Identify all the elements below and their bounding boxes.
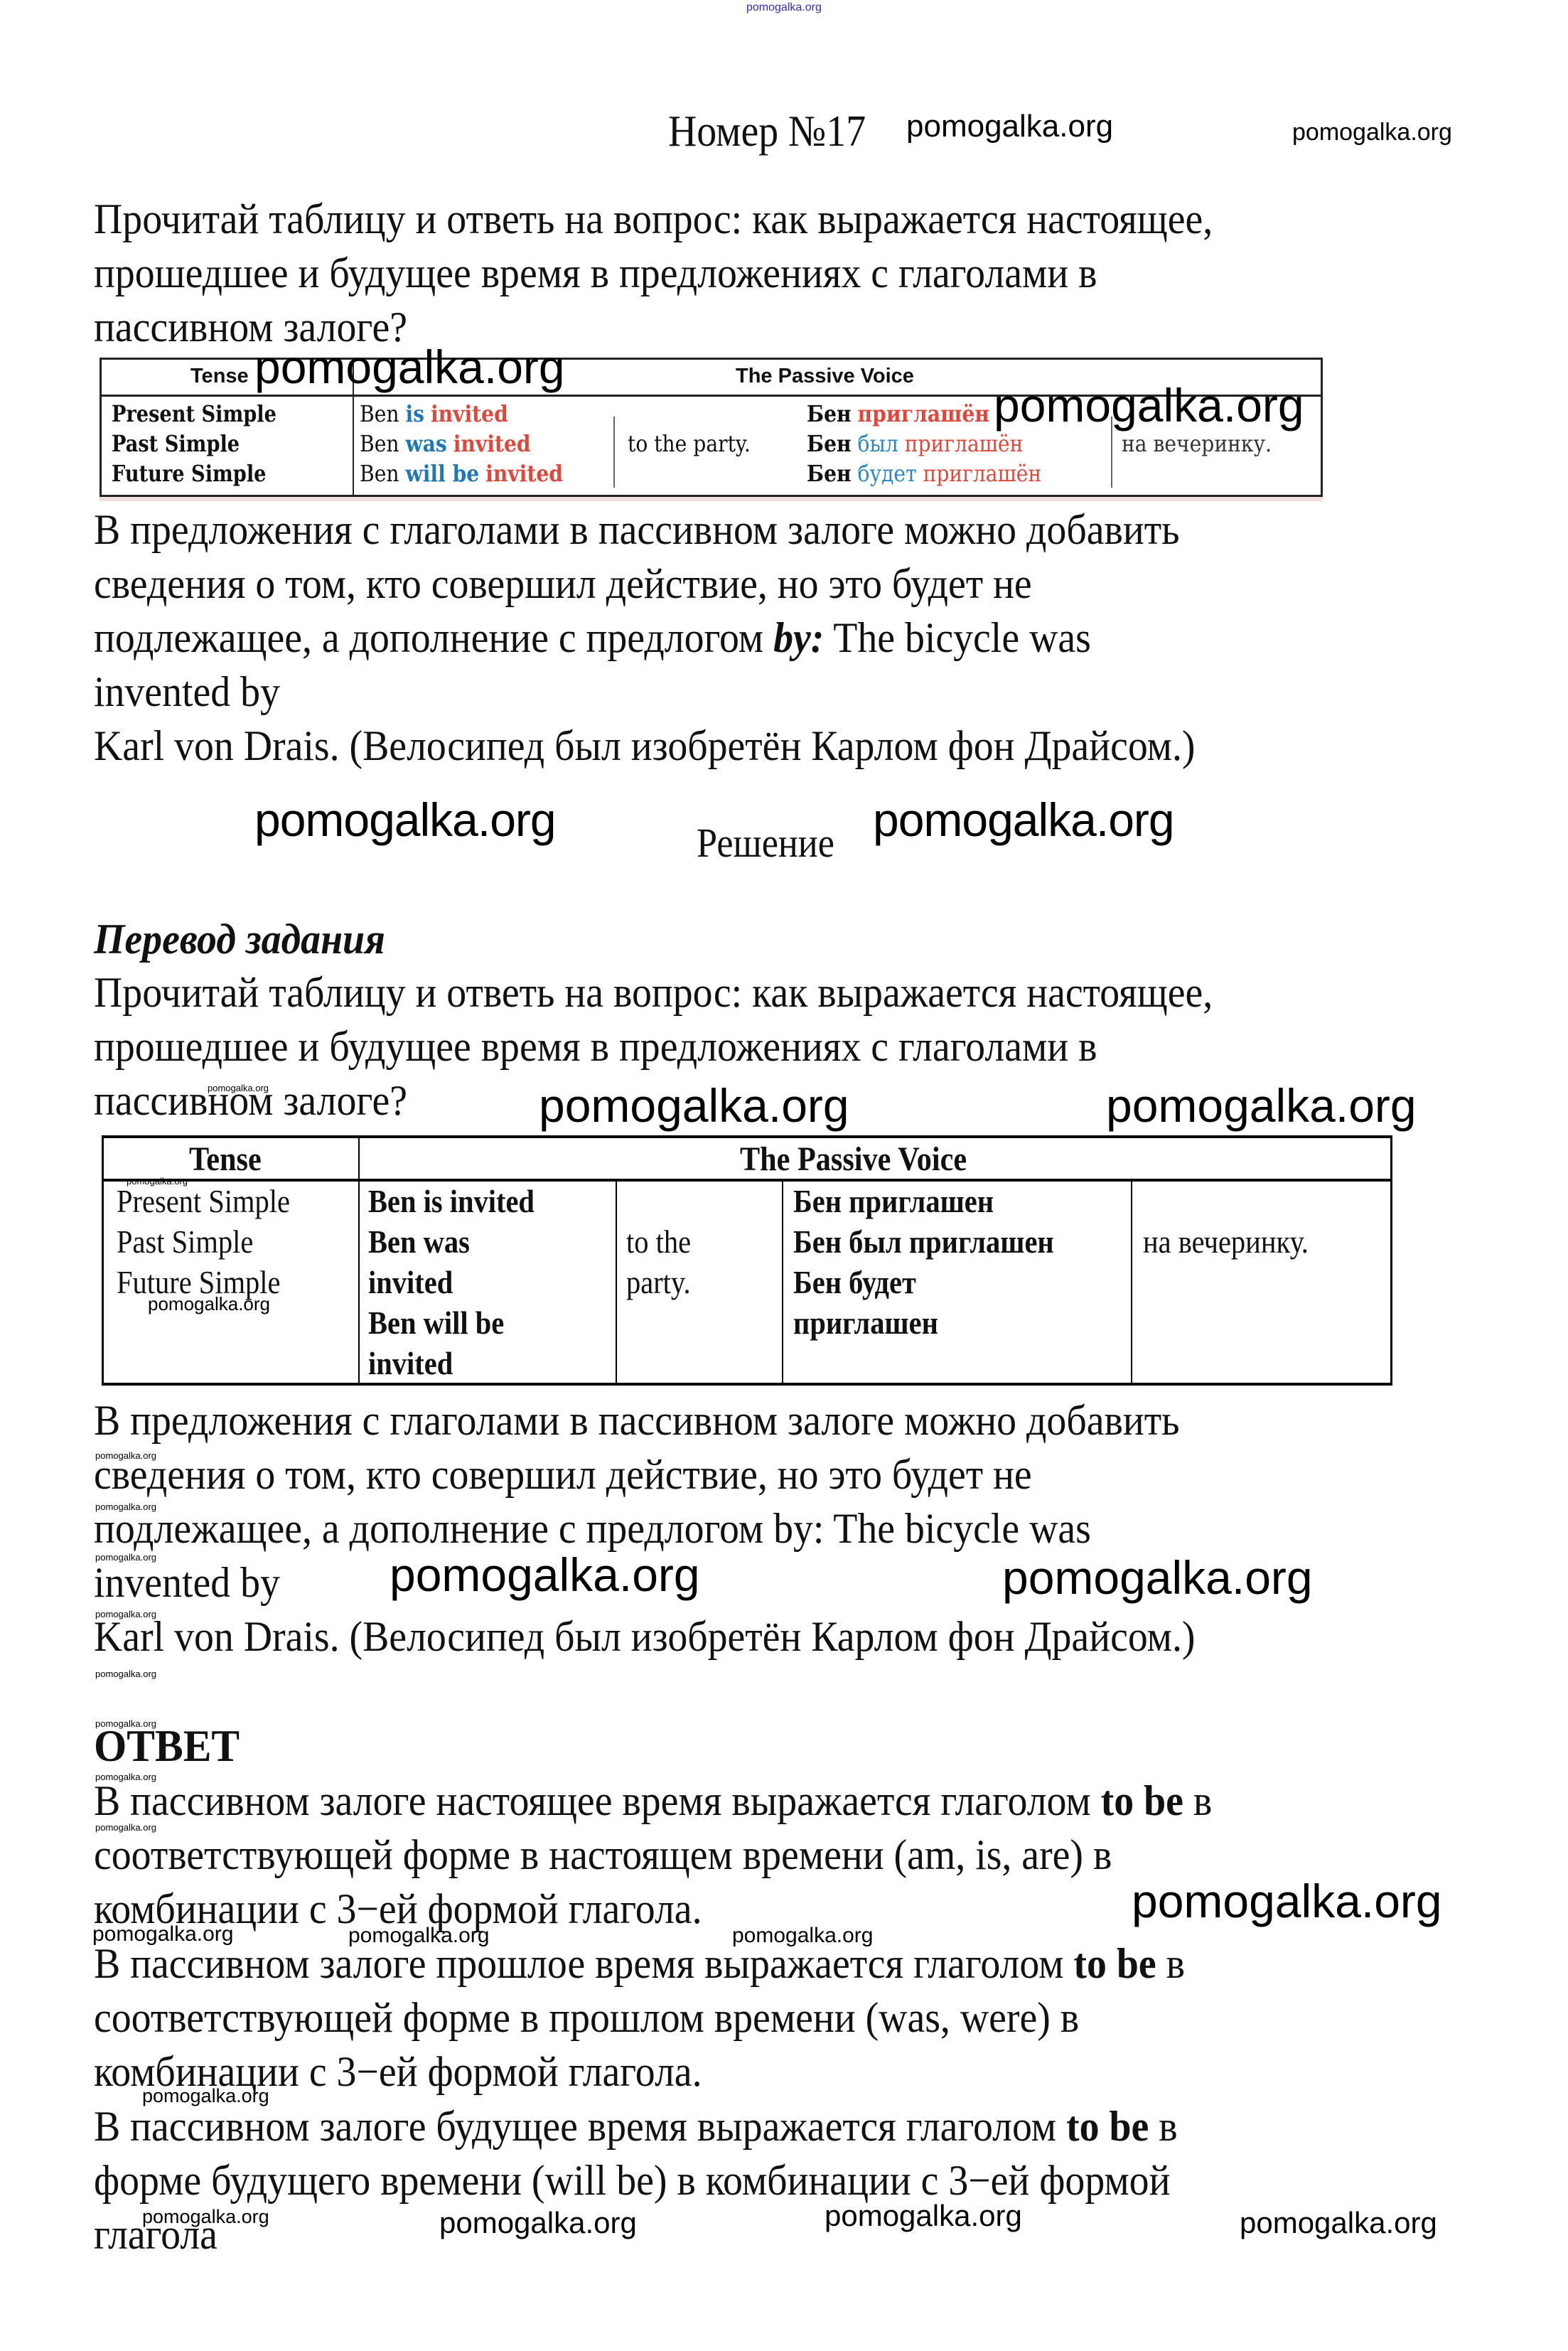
text-line: В предложения с глаголами в пассивном за… <box>94 503 1180 557</box>
answer-heading: ОТВЕТ <box>94 1719 240 1773</box>
watermark: pomogalka.org <box>208 1083 269 1093</box>
text-line: Ben was <box>368 1221 535 1262</box>
text-part: В пассивном залоге настоящее время выраж… <box>94 1777 1101 1824</box>
tense-list: Present Simple Past Simple Future Simple <box>117 1181 290 1302</box>
tense-past: Past Simple <box>117 1221 290 1262</box>
subject: Бен <box>807 430 852 457</box>
text-line: Бен будет <box>793 1262 1054 1302</box>
watermark: pomogalka.org <box>148 1293 270 1315</box>
watermark: pomogalka.org <box>1132 1874 1442 1928</box>
watermark: pomogalka.org <box>873 793 1174 847</box>
watermark: pomogalka.org <box>994 378 1304 432</box>
subject: Бен <box>807 460 852 487</box>
text-line: соответствующей форме в прошлом времени … <box>94 1991 1079 2045</box>
translation-heading: Перевод задания <box>94 912 385 966</box>
watermark: pomogalka.org <box>539 1078 849 1132</box>
watermark: pomogalka.org <box>439 2206 637 2240</box>
text-line: соответствующей форме в настоящем времен… <box>94 1828 1112 1882</box>
watermark: pomogalka.org <box>142 2206 269 2228</box>
watermark: pomogalka.org <box>254 793 556 847</box>
subject: Бен <box>807 400 852 427</box>
text-part: подлежащее, а дополнение с предлогом <box>94 614 773 661</box>
text-line: В пассивном залоге настоящее время выраж… <box>94 1774 1212 1828</box>
text-line: сведения о том, кто совершил действие, н… <box>94 557 1032 611</box>
header-tense: Tense <box>189 1140 262 1179</box>
aux-verb: will be <box>405 460 479 487</box>
subject: Ben <box>360 460 399 487</box>
watermark-top: pomogalka.org <box>746 1 822 14</box>
text-line: прошедшее и будущее время в предложениях… <box>94 1019 1097 1073</box>
text-line: пассивном залоге? <box>94 1073 407 1128</box>
participle: приглашён <box>923 460 1042 487</box>
watermark: pomogalka.org <box>825 2199 1022 2233</box>
russian-tail: на вечеринку. <box>1122 429 1272 459</box>
text-line: прошедшее и будущее время в предложениях… <box>94 246 1097 300</box>
participle: invited <box>453 430 531 457</box>
english-examples: Ben is invited Ben was invited Ben will … <box>360 399 563 488</box>
text-line: party. <box>626 1262 691 1302</box>
solution-label: Решение <box>697 819 834 867</box>
aux-verb: is <box>405 400 424 427</box>
watermark: pomogalka.org <box>1240 2206 1437 2240</box>
text-part: The bicycle was <box>824 614 1090 661</box>
tense-present: Present Simple <box>117 1181 290 1221</box>
text-part: в <box>1149 2103 1177 2150</box>
to-be: to be <box>1073 1940 1156 1987</box>
text-line: В пассивном залоге будущее время выражае… <box>94 2099 1178 2153</box>
header-passive-voice: The Passive Voice <box>736 365 914 388</box>
to-be: to be <box>1101 1777 1183 1824</box>
page-title: Номер №17 <box>668 107 866 157</box>
tense-future: Future Simple <box>112 459 276 488</box>
text-line: Прочитай таблицу и ответь на вопрос: как… <box>94 965 1213 1019</box>
watermark: pomogalka.org <box>390 1548 700 1602</box>
aux-verb: был <box>858 430 898 457</box>
text-line: Ben is invited <box>368 1181 535 1221</box>
russian-tail: на вечеринку. <box>1143 1221 1309 1262</box>
header-passive-voice: The Passive Voice <box>740 1140 967 1179</box>
text-part: в <box>1183 1777 1212 1824</box>
text-line: Ben will be <box>368 1302 535 1343</box>
header-tense: Tense <box>190 365 249 388</box>
text-line: Бен приглашен <box>793 1181 1054 1221</box>
text-line: invented by <box>94 665 280 719</box>
text-part: В пассивном залоге прошлое время выражае… <box>94 1940 1073 1987</box>
watermark: pomogalka.org <box>254 340 565 394</box>
text-line: Прочитай таблицу и ответь на вопрос: как… <box>94 192 1213 246</box>
watermark: pomogalka.org <box>1292 119 1452 146</box>
english-examples: Ben is invited Ben was invited Ben will … <box>368 1181 535 1383</box>
participle: приглашён <box>905 430 1024 457</box>
text-line: invited <box>368 1343 535 1383</box>
english-tail: to the party. <box>628 429 751 459</box>
text-line: подлежащее, а дополнение с предлогом by:… <box>94 611 1091 665</box>
aux-verb: was <box>405 430 446 457</box>
participle: invited <box>485 460 563 487</box>
english-tail: to the party. <box>626 1221 691 1302</box>
text-line: сведения о том, кто совершил действие, н… <box>94 1447 1032 1501</box>
watermark: pomogalka.org <box>95 1822 156 1833</box>
participle: приглашён <box>858 400 989 427</box>
watermark: pomogalka.org <box>127 1176 188 1187</box>
text-line: В предложения с глаголами в пассивном за… <box>94 1393 1180 1447</box>
watermark: pomogalka.org <box>95 1501 156 1512</box>
tense-list: Present Simple Past Simple Future Simple <box>112 399 276 488</box>
to-be: to be <box>1066 2103 1149 2150</box>
watermark: pomogalka.org <box>1106 1078 1417 1132</box>
watermark: pomogalka.org <box>95 1609 156 1619</box>
watermark: pomogalka.org <box>95 1450 156 1461</box>
aux-verb: будет <box>858 460 917 487</box>
tense-past: Past Simple <box>112 429 276 459</box>
russian-examples: Бен приглашен Бен был приглашен Бен буде… <box>793 1181 1054 1343</box>
text-line: В пассивном залоге прошлое время выражае… <box>94 1937 1185 1991</box>
subject: Ben <box>360 430 399 457</box>
text-line: to the <box>626 1221 691 1262</box>
watermark: pomogalka.org <box>95 1772 156 1782</box>
passive-voice-table-translated: Tense The Passive Voice Present Simple P… <box>102 1135 1392 1386</box>
subject: Ben <box>360 400 399 427</box>
text-line: приглашен <box>793 1302 1054 1343</box>
participle: invited <box>431 400 508 427</box>
watermark: pomogalka.org <box>906 109 1113 144</box>
watermark: pomogalka.org <box>1002 1551 1313 1605</box>
text-line: invited <box>368 1262 535 1302</box>
text-part: В пассивном залоге будущее время выражае… <box>94 2103 1066 2150</box>
text-line: Karl von Drais. (Велосипед был изобретён… <box>94 1610 1196 1664</box>
text-part: в <box>1156 1940 1185 1987</box>
text-line: Бен был приглашен <box>793 1221 1054 1262</box>
watermark: pomogalka.org <box>95 1669 156 1679</box>
text-line: invented by <box>94 1555 280 1610</box>
tense-present: Present Simple <box>112 399 276 429</box>
preposition-by: by: <box>773 614 824 661</box>
watermark: pomogalka.org <box>95 1552 156 1563</box>
text-line: Karl von Drais. (Велосипед был изобретён… <box>94 719 1196 773</box>
